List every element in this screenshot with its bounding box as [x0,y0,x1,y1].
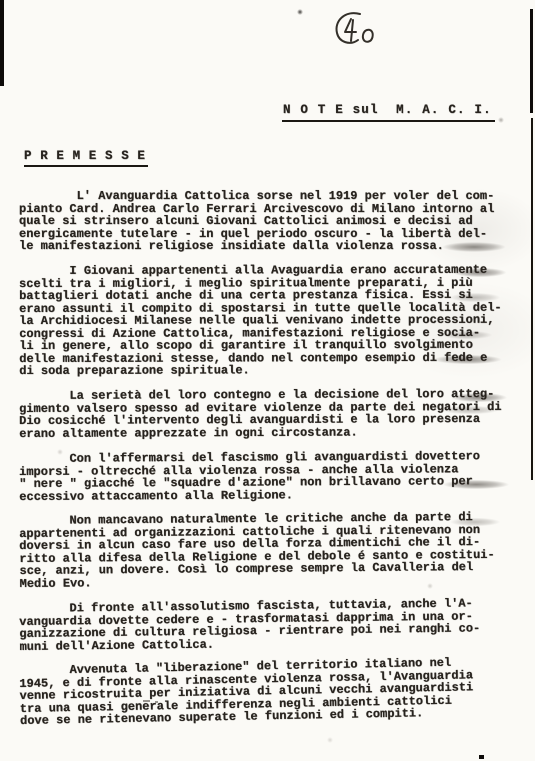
scanned-typewritten-page: N O T E sul M. A. C. I. P R E M E S S E … [0,0,535,761]
scan-artifact-right-line [531,118,533,480]
paragraph-premessa-1: L' Avanguardia Cattolica sorse nel 1919 … [19,190,519,253]
scan-artifact-right-line-top [530,9,533,113]
faint-dash-mark [143,698,169,704]
scan-artifact-corner-dot [479,755,484,759]
paragraph-premessa-6: Di fronte all'assolutismo fascista, tutt… [19,596,520,652]
paragraph-premessa-3: La serietà del loro contegno e la decisi… [19,388,519,440]
paragraph-premessa-5: Non mancavano naturalmente le critiche a… [19,511,520,590]
paragraph-premessa-7: Avvenuta la "liberazione" del territorio… [19,655,520,727]
paragraph-premessa-4: Con l'affermarsi del fascismo gli avangu… [19,449,519,502]
body-text-column: L' Avanguardia Cattolica sorse nel 1919 … [19,190,519,740]
scan-artifact-left-bar [0,0,4,86]
section-heading: P R E M E S S E [24,149,148,167]
handwritten-page-number [327,9,377,49]
handwriting-stroke [327,9,377,49]
paragraph-premessa-2: I Giovani appartenenti alla Avaguardia e… [19,264,519,378]
document-title: N O T E sul M. A. C. I. [282,103,495,122]
